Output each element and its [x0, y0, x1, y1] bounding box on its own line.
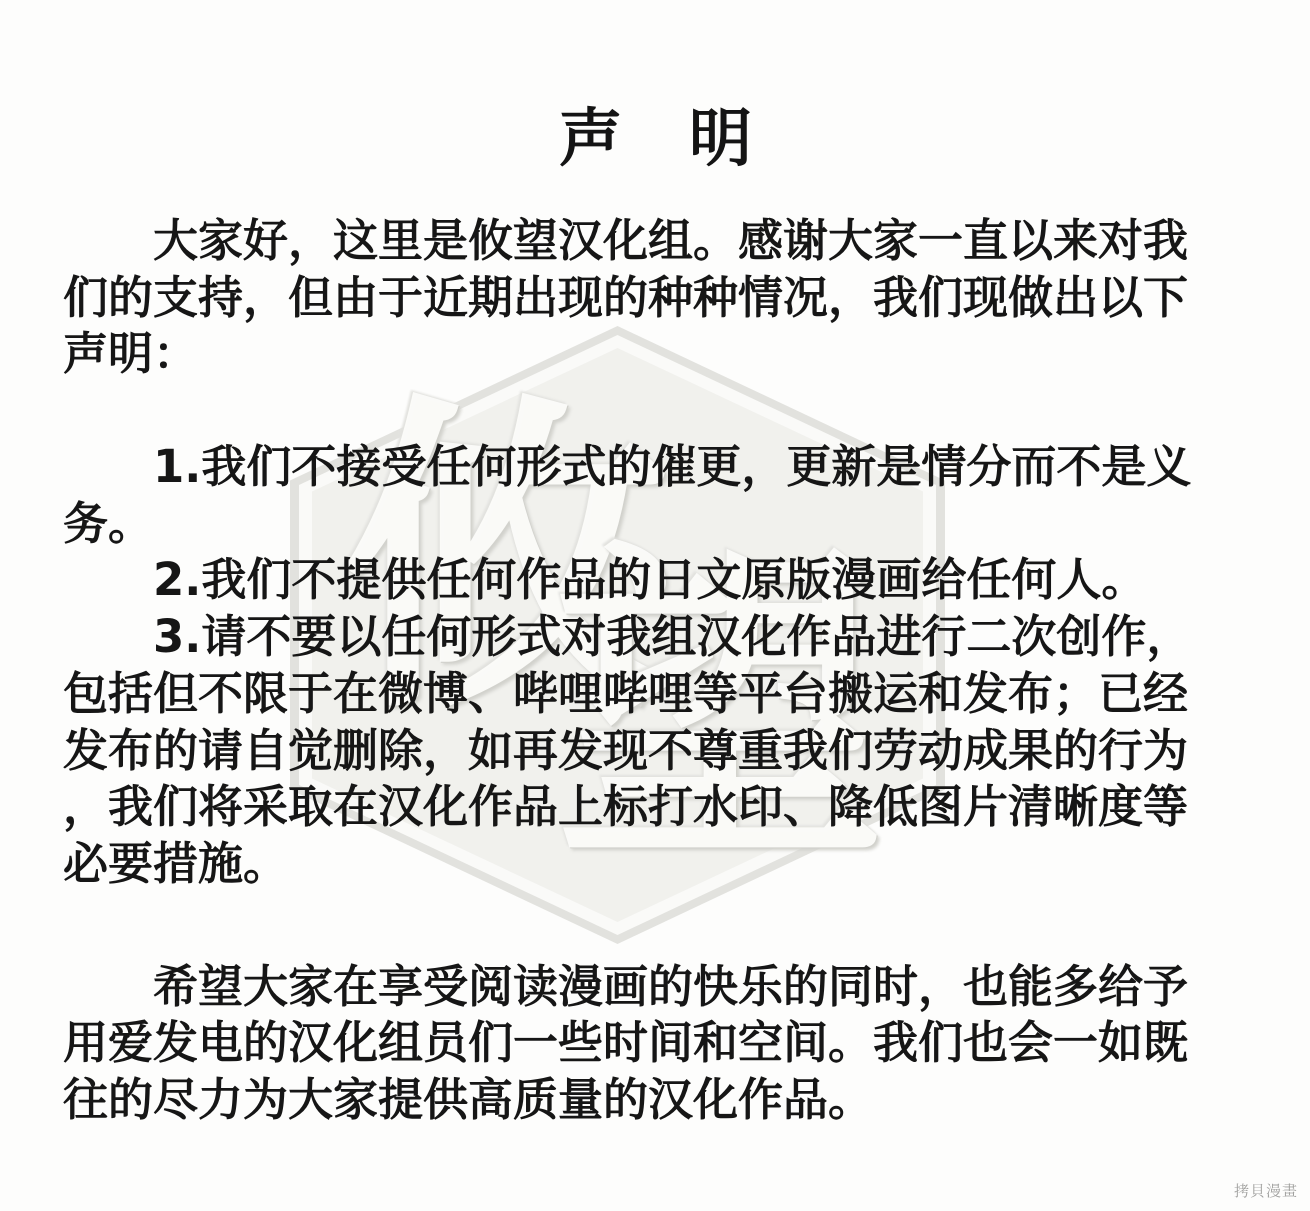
closing-paragraph: 希望大家在享受阅读漫画的快乐的同时，也能多给予 用爱发电的汉化组员们一些时间和空…	[63, 959, 1238, 1129]
rule-item-2: 2.我们不提供任何作品的日文原版漫画给任何人。	[63, 552, 1238, 609]
rule-item-1: 1.我们不接受任何形式的催更，更新是情分而不是义 务。	[63, 439, 1238, 552]
rule-item-3: 3.请不要以任何形式对我组汉化作品进行二次创作， 包括但不限于在微博、哔哩哔哩等…	[63, 609, 1238, 892]
spacer	[63, 893, 1250, 959]
spacer	[63, 383, 1250, 439]
statement-page: 攸 望 声 明 大家好，这里是攸望汉化组。感谢大家一直以来对我 们的支持，但由于…	[0, 0, 1310, 1211]
site-watermark-label: 拷貝漫畫	[1234, 1180, 1298, 1201]
page-title: 声 明	[63, 88, 1250, 179]
statement-content: 声 明 大家好，这里是攸望汉化组。感谢大家一直以来对我 们的支持，但由于近期出现…	[0, 0, 1310, 1129]
intro-paragraph: 大家好，这里是攸望汉化组。感谢大家一直以来对我 们的支持，但由于近期出现的种种情…	[63, 213, 1238, 383]
